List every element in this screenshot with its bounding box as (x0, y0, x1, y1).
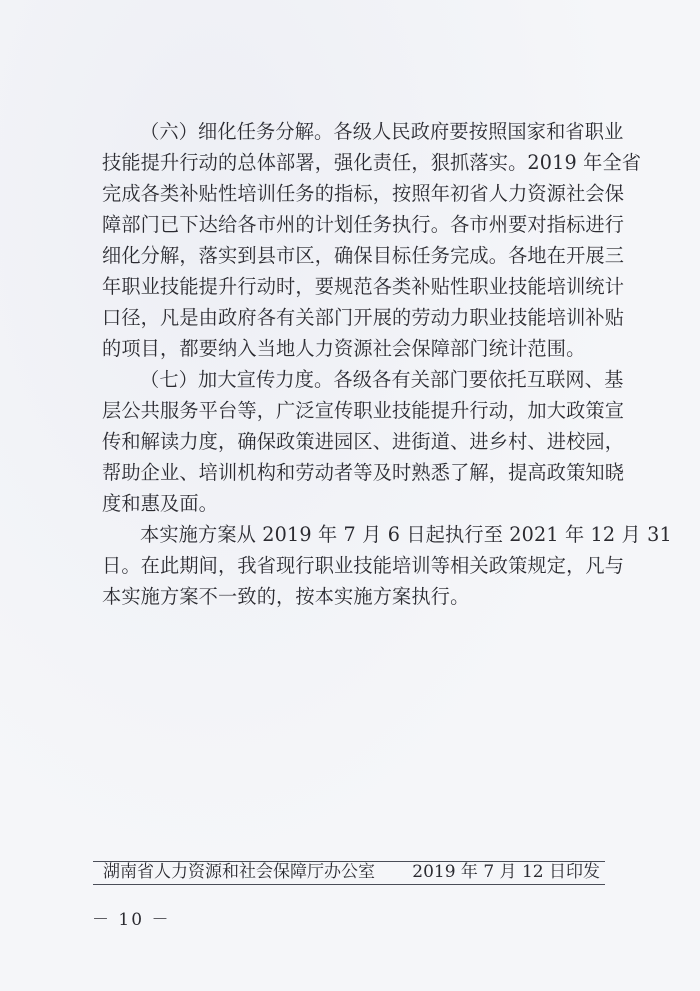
issue-date: 2019 年 7 月 12 日印发 (412, 862, 600, 883)
text-line: 帮助企业、培训机构和劳动者等及时熟悉了解，提高政策知晓 (102, 457, 612, 488)
text-line: 障部门已下达给各市州的计划任务执行。各市州要对指标进行 (102, 209, 612, 240)
document-page: （六）细化任务分解。各级人民政府要按照国家和省职业 技能提升行动的总体部署，强化… (0, 0, 700, 991)
text-line: 细化分解，落实到县市区，确保目标任务完成。各地在开展三 (102, 240, 612, 271)
text-line: 技能提升行动的总体部署，强化责任，狠抓落实。2019 年全省 (102, 147, 612, 178)
text-line: 本实施方案从 2019 年 7 月 6 日起执行至 2021 年 12 月 31 (102, 519, 612, 550)
text-line: 口径，凡是由政府各有关部门开展的劳动力职业技能培训补贴 (102, 302, 612, 333)
text-line: 本实施方案不一致的，按本实施方案执行。 (102, 581, 612, 612)
text-line: 年职业技能提升行动时，要规范各类补贴性职业技能培训统计 (102, 271, 612, 302)
text-line: 完成各类补贴性培训任务的指标，按照年初省人力资源社会保 (102, 178, 612, 209)
text-line: （六）细化任务分解。各级人民政府要按照国家和省职业 (102, 116, 612, 147)
document-body: （六）细化任务分解。各级人民政府要按照国家和省职业 技能提升行动的总体部署，强化… (102, 116, 612, 612)
text-line: 度和惠及面。 (102, 488, 612, 519)
issuance-footer: 湖南省人力资源和社会保障厅办公室 2019 年 7 月 12 日印发 (93, 861, 605, 885)
text-line: （七）加大宣传力度。各级各有关部门要依托互联网、基 (102, 364, 612, 395)
text-line: 传和解读力度，确保政策进园区、进街道、进乡村、进校园， (102, 426, 612, 457)
page-number: － 10 － (92, 908, 170, 932)
text-line: 层公共服务平台等，广泛宣传职业技能提升行动，加大政策宣 (102, 395, 612, 426)
issuer-name: 湖南省人力资源和社会保障厅办公室 (103, 862, 375, 883)
text-line: 的项目，都要纳入当地人力资源社会保障部门统计范围。 (102, 333, 612, 364)
text-line: 日。在此期间，我省现行职业技能培训等相关政策规定，凡与 (102, 550, 612, 581)
